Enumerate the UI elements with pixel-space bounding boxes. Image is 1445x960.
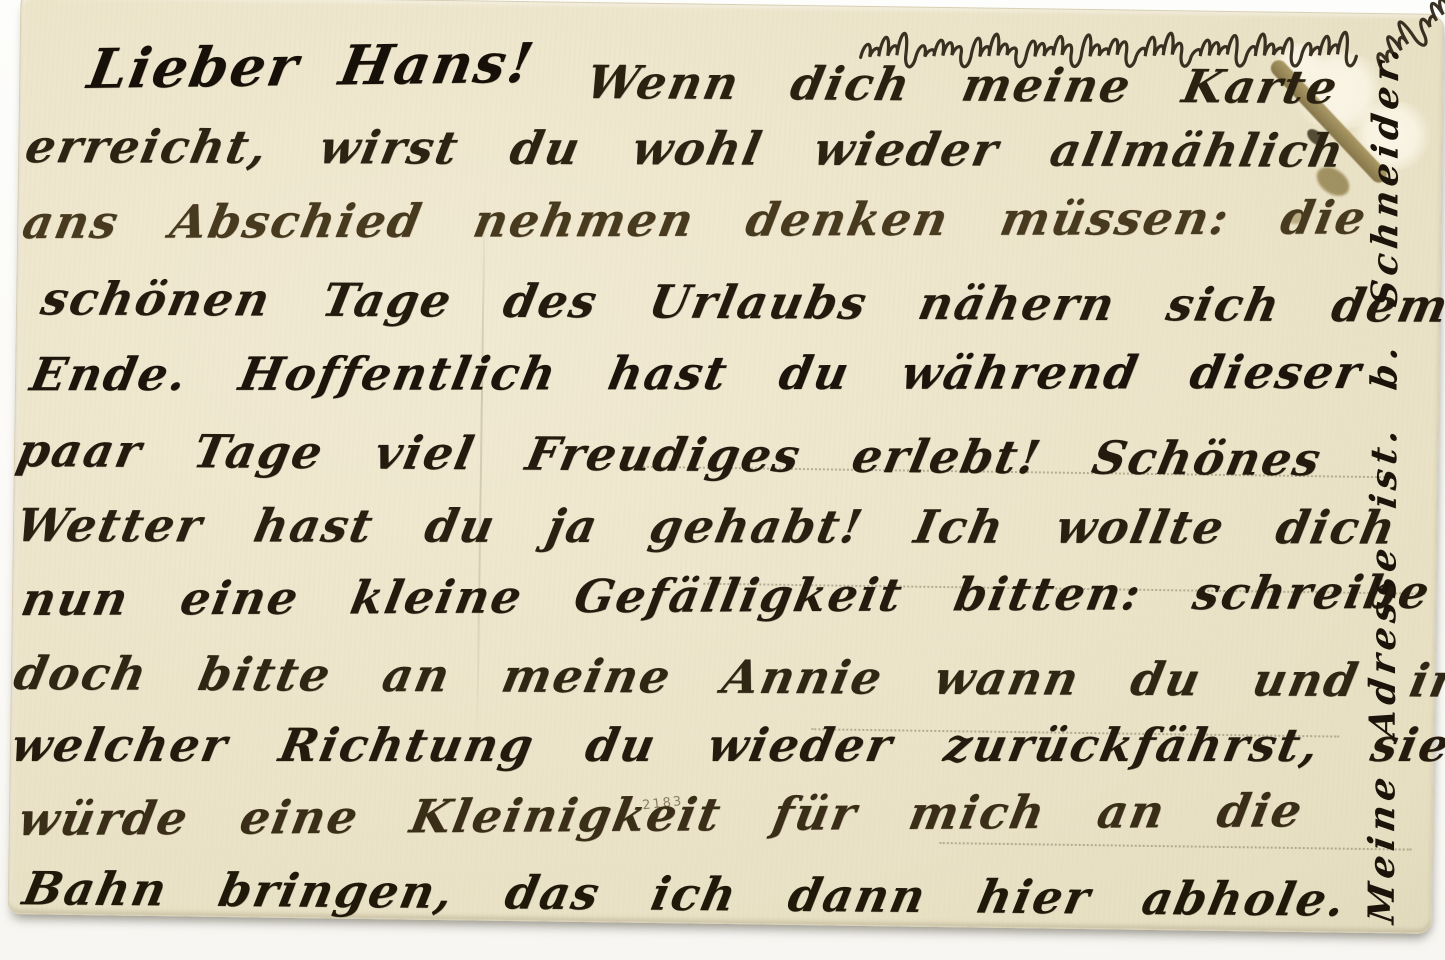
handwriting-line: doch bitte an meine Annie wann du und in (10, 646, 1445, 707)
handwriting-line: nun eine kleine Gefälligkeit bitten: sch… (17, 565, 1435, 626)
scan-background: 2183 Lieber Hans! Wenn dich meine Karte … (0, 0, 1445, 960)
handwriting-line: welcher Richtung du wieder zurückfährst,… (7, 718, 1445, 772)
margin-address-note: Meine Adresse ist. b. Schneider. (1361, 90, 1411, 927)
handwriting-line: Ende. Hoffentlich hast du während dieser (26, 345, 1367, 401)
salutation: Lieber Hans! (83, 30, 540, 101)
postcard: 2183 Lieber Hans! Wenn dich meine Karte … (8, 0, 1445, 934)
handwriting-line: ans Abschied nehmen denken müssen: die (18, 191, 1372, 249)
handwriting-line: erreicht, wirst du wohl wieder allmählic… (21, 119, 1350, 177)
handwriting-line: Wenn dich meine Karte (582, 55, 1344, 114)
handwriting-line: würde eine Kleinigkeit für mich an die (14, 783, 1308, 846)
show-through-line (940, 842, 1412, 851)
handwriting-line: paar Tage viel Freudiges erlebt! Schönes (13, 423, 1327, 486)
handwriting-line: Bahn bringen, das ich dann hier abhole. (18, 861, 1351, 926)
handwriting-line: Wetter hast du ja gehabt! Ich wollte dic… (12, 498, 1402, 554)
handwriting-line: schönen Tage des Urlaubs nähern sich dem (37, 272, 1445, 333)
